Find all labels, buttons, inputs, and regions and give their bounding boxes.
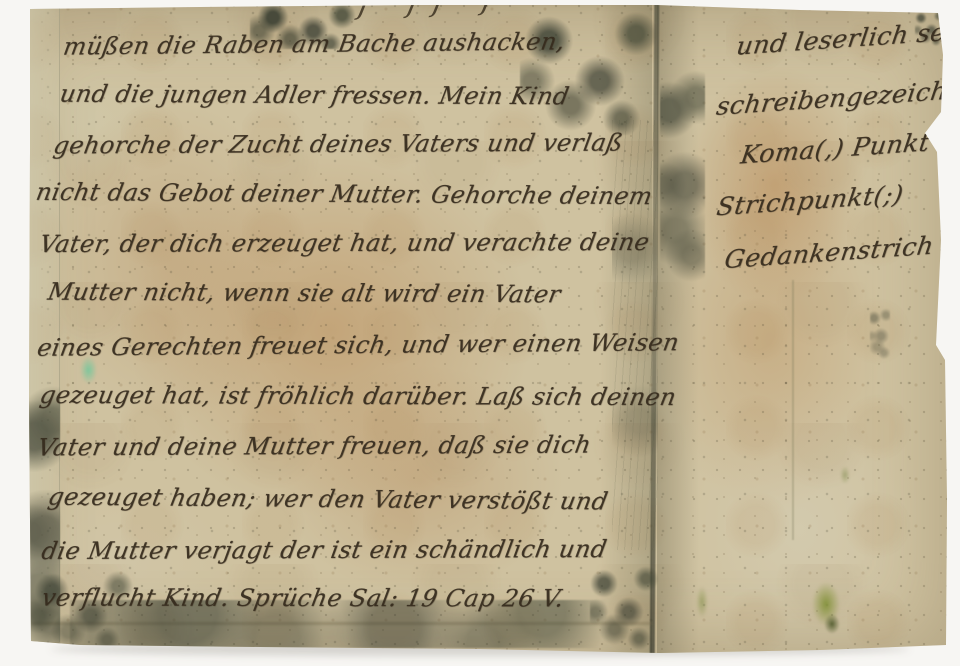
manuscript-line: gehorche der Zucht deines Vaters und ver… — [51, 129, 625, 160]
manuscript-line: Vater und deine Mutter freuen, daß sie d… — [35, 431, 593, 462]
manuscript-line: Vater, der dich erzeuget hat, und verach… — [37, 228, 651, 258]
green-stain-small-left — [696, 586, 708, 618]
mold-stain-right-edge-mid — [870, 300, 890, 360]
manuscript-line: müßen die Raben am Bache aushacken, — [61, 27, 567, 60]
scanned-manuscript: ſ ſſ ſ müßen die Raben am Bache aushacke… — [0, 0, 960, 666]
manuscript-line: gezeuget hat, ist fröhlich darüber. Laß … — [38, 381, 679, 411]
green-stain-faint-upper — [840, 466, 850, 484]
manuscript-line: die Mutter verjagt der ist ein schändlic… — [39, 535, 609, 565]
manuscript-line: nicht das Gebot deiner Mutter. Gehorche … — [34, 178, 655, 210]
manuscript-paper: ſ ſſ ſ müßen die Raben am Bache aushacke… — [0, 0, 960, 666]
manuscript-line: eines Gerechten freuet sich, und wer ein… — [35, 328, 681, 362]
green-stain-tip-dark — [824, 614, 840, 634]
manuscript-line: gezeuget haben; wer den Vater verstößt u… — [46, 483, 610, 516]
mold-stain-bottom-of-left-page-right — [590, 555, 660, 650]
right-page-faint-crease — [792, 280, 794, 540]
manuscript-line: Mutter nicht, wenn sie alt wird ein Vate… — [46, 278, 563, 309]
manuscript-line: und die jungen Adler fressen. Mein Kind — [58, 80, 572, 111]
mold-stain-right-page-left-edge — [660, 35, 705, 285]
manuscript-line: verflucht Kind. Sprüche Sal: 19 Cap 26 V… — [40, 584, 567, 613]
mold-stain-top-right-of-fold — [520, 0, 665, 135]
